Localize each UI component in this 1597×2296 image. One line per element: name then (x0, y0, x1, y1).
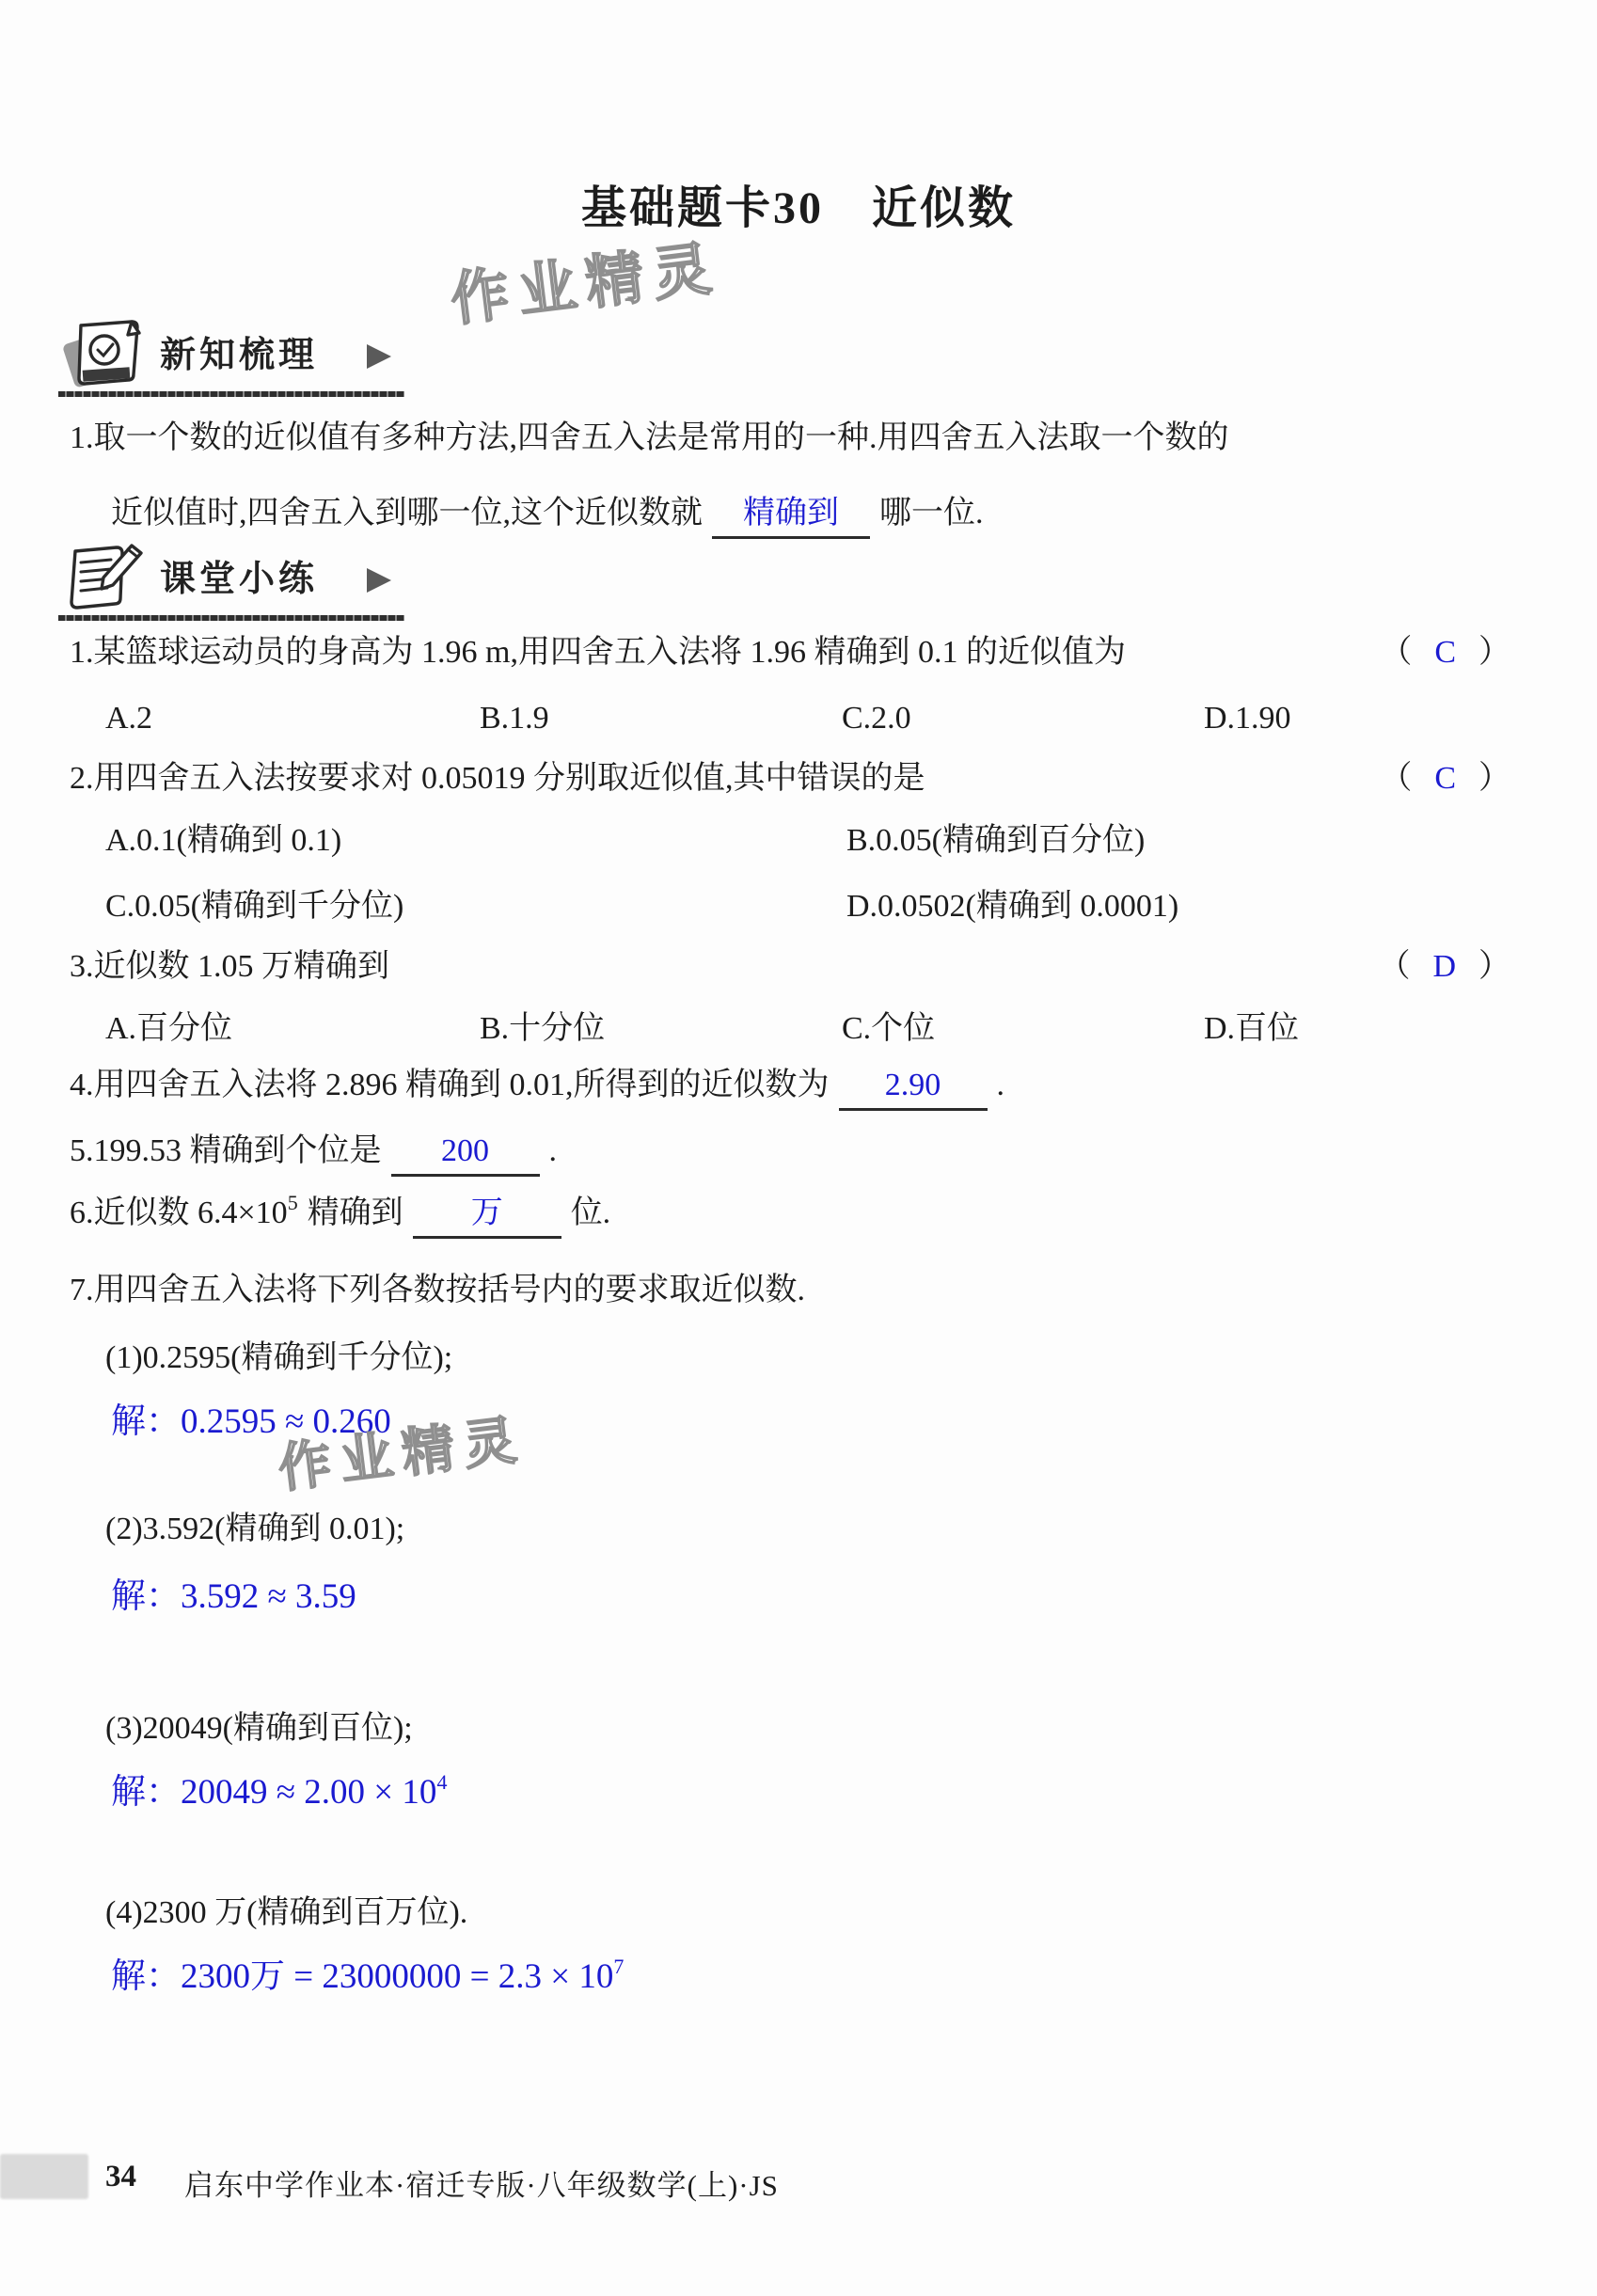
page-number: 34 (105, 2160, 136, 2194)
paren-close: ） (1478, 761, 1510, 796)
q6-blank-answer: 万 (413, 1191, 561, 1239)
question-2: 2.用四舍五入法按要求对 0.05019 分别取近似值,其中错误的是 （C） (70, 752, 1559, 805)
paren-open: （ (1380, 635, 1412, 670)
q7-part4-label: (4)2300 万(精确到百万位). (105, 1887, 467, 1940)
paren-close: ） (1478, 949, 1510, 984)
q3-answer-letter: D (1410, 949, 1478, 984)
q3-option-b: B.十分位 (480, 1003, 842, 1055)
q3-options: A.百分位 B.十分位 C.个位 D.百位 (105, 1003, 1559, 1055)
paren-close: ） (1478, 635, 1510, 670)
header-rule (58, 391, 404, 397)
section-practice-title: 课堂小练 (160, 549, 318, 601)
review-item-line1: 1.取一个数的近似值有多种方法,四舍五入法是常用的一种.用四舍五入法取一个数的 (70, 412, 1229, 465)
watermark-top: 作业精灵 (446, 221, 725, 337)
q4-post: . (997, 1068, 1005, 1102)
q1-text: 1.某篮球运动员的身高为 1.96 m,用四舍五入法将 1.96 精确到 0.1… (70, 635, 1126, 670)
q2-option-d: D.0.0502(精确到 0.0001) (846, 880, 1559, 933)
worksheet-page: 基础题卡30 近似数 作业精灵 新知梳理 1.取一个数的近似值有多种方法,四舍五… (0, 0, 1597, 2296)
q2-answer: （C） (1380, 752, 1510, 805)
q6-exponent: 5 (288, 1191, 298, 1214)
question-7: 7.用四舍五入法将下列各数按括号内的要求取近似数. (70, 1264, 805, 1317)
question-1: 1.某篮球运动员的身高为 1.96 m,用四舍五入法将 1.96 精确到 0.1… (70, 626, 1559, 679)
header-rule (58, 615, 404, 621)
question-6: 6.近似数 6.4×105精确到万位. (70, 1187, 610, 1240)
q1-options: A.2 B.1.9 C.2.0 D.1.90 (105, 692, 1559, 745)
q6-pre: 6.近似数 6.4×10 (70, 1196, 288, 1230)
q5-blank-answer: 200 (391, 1129, 540, 1177)
q2-options-row1: A.0.1(精确到 0.1) B.0.05(精确到百分位) (105, 815, 1559, 867)
scan-smudge (0, 2154, 88, 2199)
question-3: 3.近似数 1.05 万精确到 （D） (70, 941, 1559, 993)
header-triangle-icon (367, 568, 391, 593)
q2-option-b: B.0.05(精确到百分位) (846, 815, 1559, 867)
header-triangle-icon (367, 344, 391, 369)
q1-option-b: B.1.9 (480, 692, 842, 745)
q4-blank-answer: 2.90 (839, 1063, 988, 1111)
q3-option-a: A.百分位 (105, 1003, 480, 1055)
review-line2-post: 哪一位. (879, 496, 984, 530)
q7-part3-solution-sup: 4 (436, 1770, 447, 1794)
review-line2-pre: 近似值时,四舍五入到哪一位,这个近似数就 (111, 496, 703, 530)
q3-option-c: C.个位 (842, 1003, 1204, 1055)
section-practice-header: 课堂小练 (56, 538, 470, 625)
card-check-icon (62, 312, 149, 402)
paren-open: （ (1380, 761, 1412, 796)
q7-part4-solution: 解：2300万 = 23000000 = 2.3 × 107 (111, 1951, 624, 2003)
q1-option-a: A.2 (105, 692, 480, 745)
question-4: 4.用四舍五入法将 2.896 精确到 0.01,所得到的近似数为2.90. (70, 1059, 1004, 1112)
q3-option-d: D.百位 (1204, 1003, 1559, 1055)
q1-answer-letter: C (1412, 635, 1478, 670)
q7-part3-solution-text: 解：20049 ≈ 2.00 × 10 (111, 1773, 436, 1812)
q7-part2-solution: 解：3.592 ≈ 3.59 (111, 1571, 356, 1623)
q7-part4-solution-text: 解：2300万 = 23000000 = 2.3 × 10 (111, 1957, 613, 1996)
q2-text: 2.用四舍五入法按要求对 0.05019 分别取近似值,其中错误的是 (70, 761, 925, 796)
q7-part2-solution-text: 解：3.592 ≈ 3.59 (111, 1577, 356, 1616)
q1-option-c: C.2.0 (842, 692, 1204, 745)
review-item-line2: 近似值时,四舍五入到哪一位,这个近似数就精确到哪一位. (111, 487, 984, 540)
q1-answer: （C） (1380, 626, 1510, 679)
q6-post: 位. (571, 1196, 611, 1230)
review-blank-answer: 精确到 (712, 491, 870, 539)
q7-part3-label: (3)20049(精确到百位); (105, 1702, 413, 1755)
q7-part4-solution-sup: 7 (613, 1955, 624, 1978)
page-title: 基础题卡30 近似数 (0, 171, 1597, 236)
q7-part3-solution: 解：20049 ≈ 2.00 × 104 (111, 1766, 447, 1819)
q3-text: 3.近似数 1.05 万精确到 (70, 949, 389, 984)
q5-pre: 5.199.53 精确到个位是 (70, 1133, 382, 1168)
section-review-title: 新知梳理 (160, 325, 318, 377)
q2-options-row2: C.0.05(精确到千分位) D.0.0502(精确到 0.0001) (105, 880, 1559, 933)
section-review-header: 新知梳理 (56, 314, 470, 401)
q1-option-d: D.1.90 (1204, 692, 1559, 745)
q2-option-c: C.0.05(精确到千分位) (105, 880, 846, 933)
paren-open: （ (1378, 949, 1410, 984)
q5-post: . (549, 1133, 558, 1168)
q2-option-a: A.0.1(精确到 0.1) (105, 815, 846, 867)
q7-part1-label: (1)0.2595(精确到千分位); (105, 1332, 452, 1385)
notepad-pencil-icon (62, 536, 149, 625)
q6-mid: 精确到 (308, 1196, 403, 1230)
q4-pre: 4.用四舍五入法将 2.896 精确到 0.01,所得到的近似数为 (70, 1068, 830, 1102)
q2-answer-letter: C (1412, 761, 1478, 796)
question-5: 5.199.53 精确到个位是200. (70, 1125, 557, 1178)
q7-part2-label: (2)3.592(精确到 0.01); (105, 1503, 404, 1556)
q3-answer: （D） (1378, 941, 1510, 993)
footer-text: 启东中学作业本·宿迁专版·八年级数学(上)·JS (184, 2161, 779, 2204)
